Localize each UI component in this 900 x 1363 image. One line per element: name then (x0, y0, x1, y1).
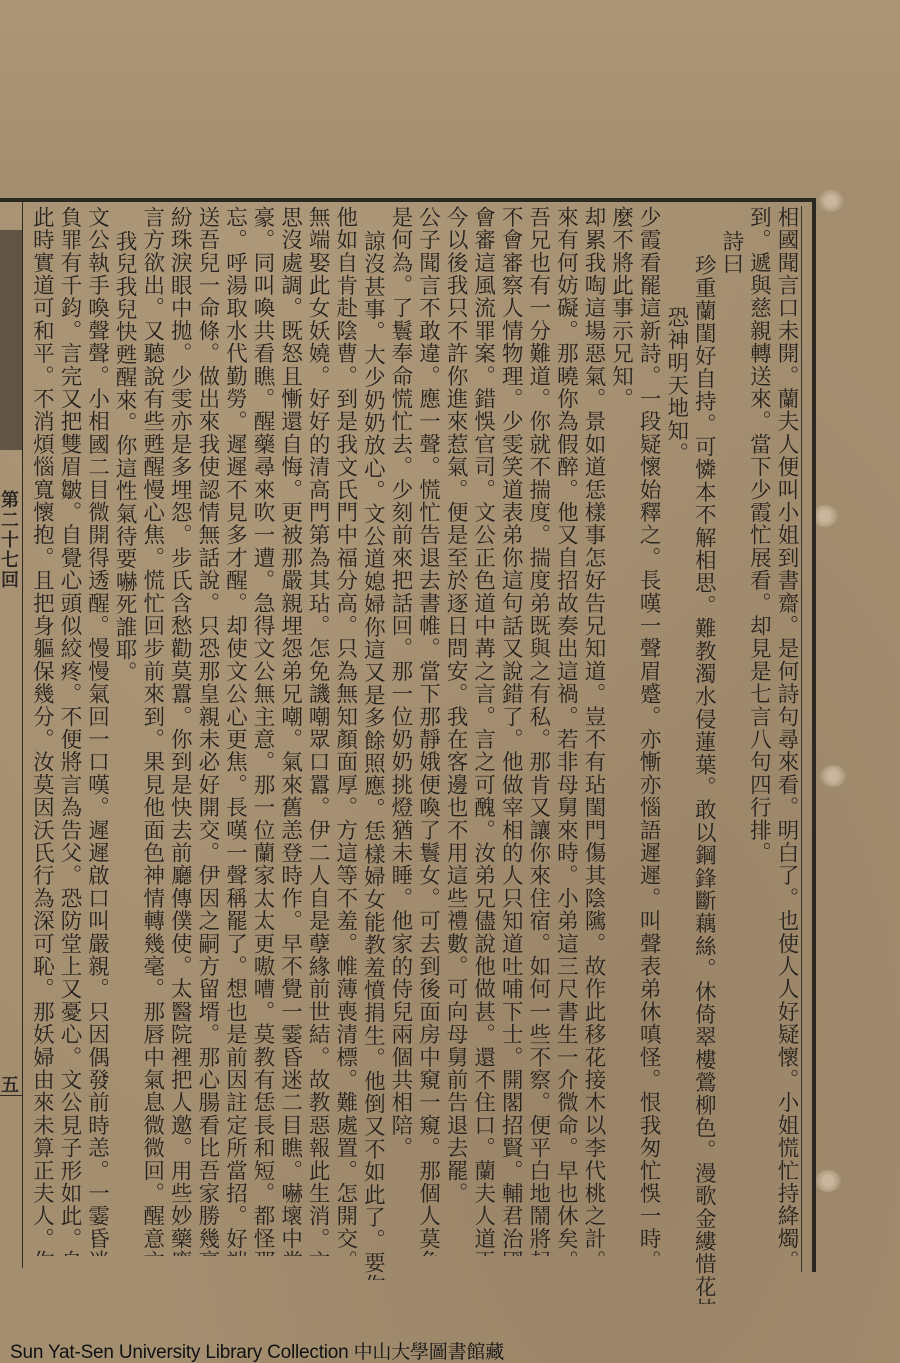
binding-hole (818, 190, 844, 212)
text-column: 相國聞言口未開。蘭夫人便叫小姐到書齋。是何詩句尋來看。明白了。也使人人好疑懷。小… (772, 206, 800, 1256)
text-column: 我兒我兒快甦醒來。你這性氣待要嚇死誰耶。 (111, 206, 139, 1280)
text-column: 無端娶此女妖嬈。好好的清高門第為其玷。怎免譏嘲眾口囂。伊二人自是孽緣前世結。故教… (304, 206, 332, 1256)
text-column: 少霞看罷這新詩。一段疑懷始釋之。長嘆一聲眉蹙。亦慚亦惱語遲遲。叫聲表弟休嗔怪。恨… (635, 206, 663, 1256)
text-column: 麼不將此事示兄知。 (607, 206, 635, 1256)
text-column: 此時實道可和平。不消煩惱寬懷抱。且把身軀保幾分。汝莫因沃氏行為深可恥。那妖婦由來… (28, 206, 56, 1256)
text-body: 相國聞言口未開。蘭夫人便叫小姐到書齋。是何詩句尋來看。明白了。也使人人好疑懷。小… (28, 206, 800, 1261)
binding-hole (815, 1170, 841, 1192)
text-column: 負罪有千鈞。言完又把雙眉皺。自覺心頭似絞疼。不便將言為告父。恐防堂上又憂心。文公… (55, 206, 83, 1256)
text-column: 來有何妨礙。那曉你為假醉。他又自招故奏出這禍。若非母舅來時。小弟這三尺書生一介微… (552, 206, 580, 1256)
library-watermark: Sun Yat-Sen University Library Collectio… (10, 1337, 504, 1363)
text-column: 諒沒甚事。大少奶奶放心。文公道媳婦你這又是多餘照應。恁樣婦女能教羞憤捐生。他倒又… (359, 206, 387, 1280)
text-column: 會審這風流罪案。錯悞官司。文公正色道中冓之言。言之可醜。汝弟兄儘說他做甚。還不住… (469, 206, 497, 1256)
text-column: 吾兄也有一分難道。你就不揣度。揣度弟既與之有私。那肯又讓你來住宿。如何一些不察。… (524, 206, 552, 1256)
text-column: 詩曰 (717, 206, 745, 1280)
page-top-margin (0, 0, 900, 200)
binding-hole (820, 765, 846, 787)
text-column: 言方欲出。又聽說有些甦醒慢心焦。慌忙回步前來到。果見他面色神情轉幾毫。那唇中氣息… (138, 206, 166, 1256)
page-number: 五 (1, 1075, 21, 1093)
text-column: 今以後我只不許你進來惹氣。便是至於逐日問安。我在客邊也不用這些禮數。可向母舅前告… (441, 206, 469, 1256)
text-column: 紛珠淚眼中拋。少雯亦是多埋怨。步氏含愁勸莫囂。你到是快去前廳傳僕使。太醫院裡把人… (166, 206, 194, 1256)
text-column: 不會審察人情物理。少雯笑道表弟你這句話又說錯了。他做宰相的人只知道吐哺下士。開閣… (497, 206, 525, 1256)
text-column: 公子聞言不敢違。應一聲。慌忙告退去書帷。當下那靜娥便喚了鬟女。可去到後面房中窺一… (414, 206, 442, 1256)
text-column: 豪。同叫喚共看瞧。醒藥尋來吹一遭。急得文公無主意。那一位蘭家太太更嗷嘈。莫教有恁… (248, 206, 276, 1256)
text-column: 却累我啕這場惡氣。景如道恁樣事怎好告兄知道。豈不有玷閨門傷其陰隲。故作此移花接木… (579, 206, 607, 1256)
margin-divider (0, 1095, 22, 1096)
text-column: 他如自肯赴陰曹。到是我文氏門中福分高。只為無知顏面厚。方這等不羞。帷薄喪清標。難… (331, 206, 359, 1256)
frame-inner-rule (801, 206, 802, 1272)
fold-margin-title-block (0, 230, 22, 450)
text-column: 珍重蘭閨好自持。可憐本不解相思。難教濁水侵蓮葉。敢以鋼鋒斷藕絲。休倚翠樓鶯柳色。… (690, 206, 718, 1304)
text-column: 恐神明天地知。 (662, 206, 690, 1356)
text-column: 思沒處調。既怒且慚還自悔。更被那嚴親埋怨弟兄嘲。氣來舊恙登時作。早不覺一霎昏迷二… (276, 206, 304, 1256)
text-column: 文公執手喚聲聲。小相國二目微開得透醒。慢慢氣回一口嘆。遲遲啟口叫嚴親。只因偶發前… (83, 206, 111, 1256)
text-column: 送吾兒一命條。做出來我使認情無話說。只恐那皇親未必好開交。伊因之嗣方留壻。那心腸… (193, 206, 221, 1256)
text-column: 到。遞與慈親轉送來。當下少霞忙展看。却見是七言八句四行排。 (745, 206, 773, 1256)
text-column: 是何為。了鬟奉命慌忙去。少刻前來把話回。那一位奶奶挑燈猶未睡。他家的侍兒兩個共相… (386, 206, 414, 1256)
text-column: 忘。呼湯取水代勤勞。遲遲不見多才醒。却使文公心更焦。長嘆一聲稱罷了。想也是前因註… (221, 206, 249, 1256)
chapter-label: 第二十七回 (1, 490, 21, 590)
